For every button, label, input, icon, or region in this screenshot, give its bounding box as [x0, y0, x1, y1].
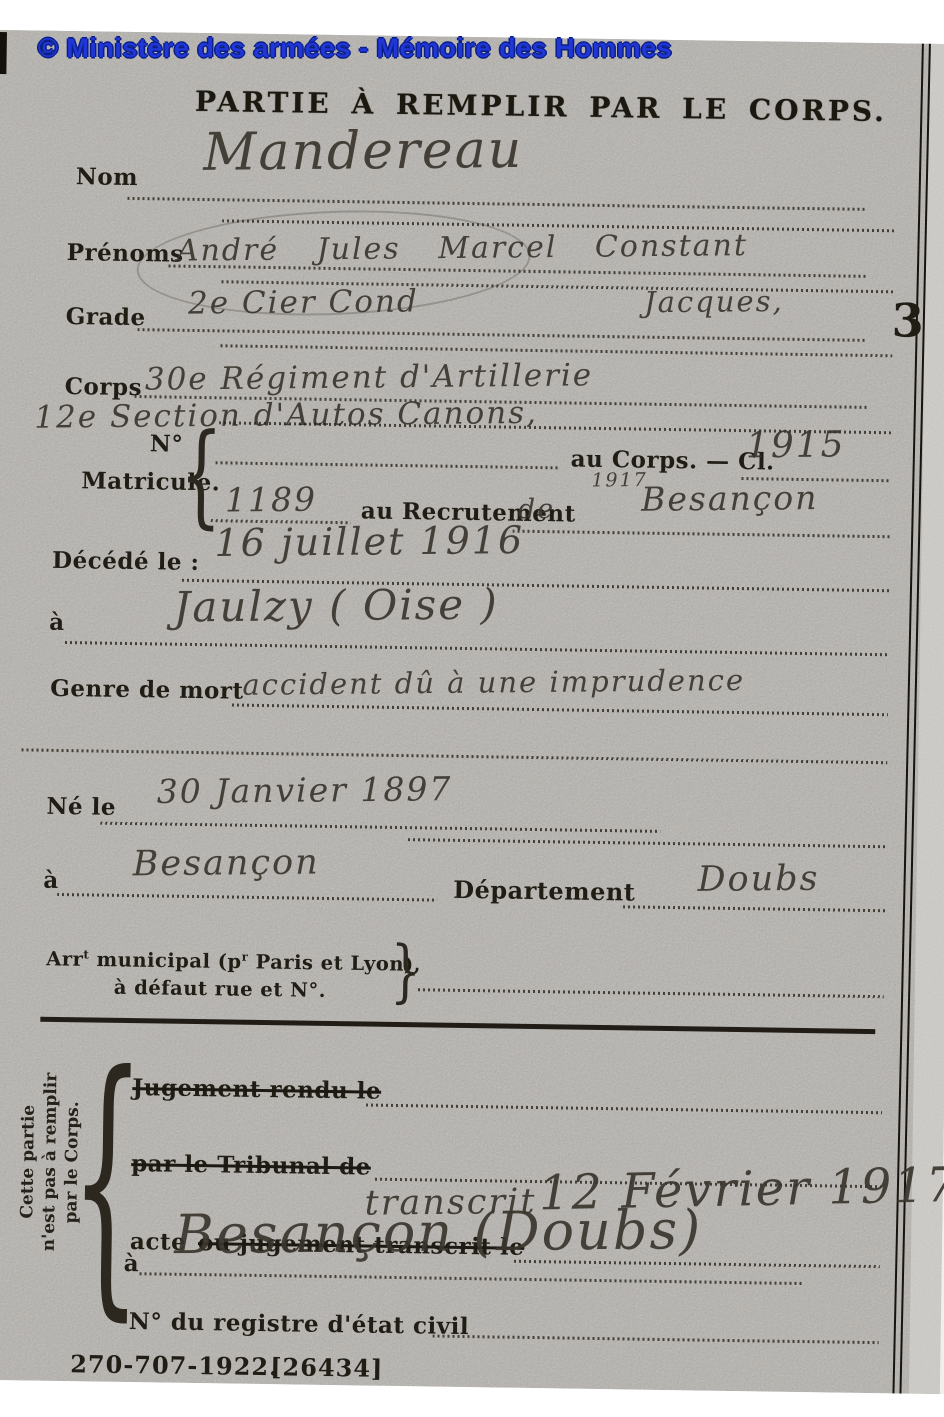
tribunal-label-struck: par le Tribunal de [131, 1150, 371, 1181]
scanned-document-page: © Ministère des armées - Mémoire des Hom… [0, 0, 944, 1417]
corps-handwritten-line2: 12e Section d'Autos Canons, [34, 395, 538, 436]
ne-le-label: Né le [46, 793, 116, 821]
arrt-municipal-label-line2: à défaut rue et N°. [114, 976, 327, 1002]
nom-label: Nom [76, 163, 139, 191]
paper-scan: PARTIE À REMPLIR PAR LE CORPS. 3 Nom Man… [0, 30, 944, 1392]
prenoms-handwritten-value: André Jules Marcel Constant [177, 228, 748, 268]
ne-a-handwritten-value: Besançon [132, 843, 319, 885]
matricule-curly-brace: { [179, 419, 223, 532]
page-number: 3 [891, 293, 924, 347]
decede-a-label: à [49, 609, 65, 636]
ne-a-label: à [43, 867, 59, 894]
genre-de-mort-handwritten-value: accident dû à une imprudence [242, 663, 745, 702]
prenoms-label: Prénoms [67, 239, 184, 268]
classe-handwritten-value: 1915 [746, 424, 846, 466]
registre-label: N° du registre d'état civil [129, 1308, 470, 1340]
decede-a-handwritten-value: Jaulzy ( Oise ) [173, 579, 499, 631]
departement-handwritten-value: Doubs [697, 859, 819, 900]
jugement-rendu-label-struck: Jugement rendu le [132, 1074, 381, 1105]
recrutement-annotation-handwritten: 1917 [591, 469, 648, 492]
copyright-watermark: © Ministère des armées - Mémoire des Hom… [38, 33, 672, 64]
scan-edge-artifact [0, 32, 7, 74]
corps-label: Corps [65, 373, 143, 401]
arrt-curly-brace: } [390, 938, 421, 1006]
decede-le-label: Décédé le : [52, 547, 200, 576]
grade-handwritten-value: 2e Cier Cond [188, 283, 419, 321]
matricule-label-no: N° [150, 430, 184, 457]
grade-label: Grade [66, 303, 146, 331]
print-reference-code: 270-707-1922. [70, 1349, 279, 1381]
prenoms-handwritten-extra: Jacques, [644, 284, 784, 319]
genre-de-mort-label: Genre de mort [50, 675, 244, 705]
arrt-text: municipal (p [89, 948, 242, 973]
nom-handwritten-value: Mandereau [203, 120, 523, 183]
corps-handwritten-value: 30e Régiment d'Artillerie [145, 357, 594, 397]
decede-le-handwritten-value: 16 juillet 1916 [214, 518, 524, 565]
print-bracket-number: [26434] [270, 1352, 384, 1383]
arrt-text: Arr [46, 947, 84, 971]
departement-label: Département [453, 875, 636, 907]
matricule-numero-handwritten: 1189 [225, 480, 317, 520]
transcription-lieu-handwritten: Besançon (Doubs) [174, 1198, 703, 1266]
recrutement-lieu-handwritten: Besançon [641, 478, 819, 519]
ne-le-handwritten-value: 30 Janvier 1897 [157, 769, 453, 811]
transcription-a-label: à [124, 1250, 140, 1277]
